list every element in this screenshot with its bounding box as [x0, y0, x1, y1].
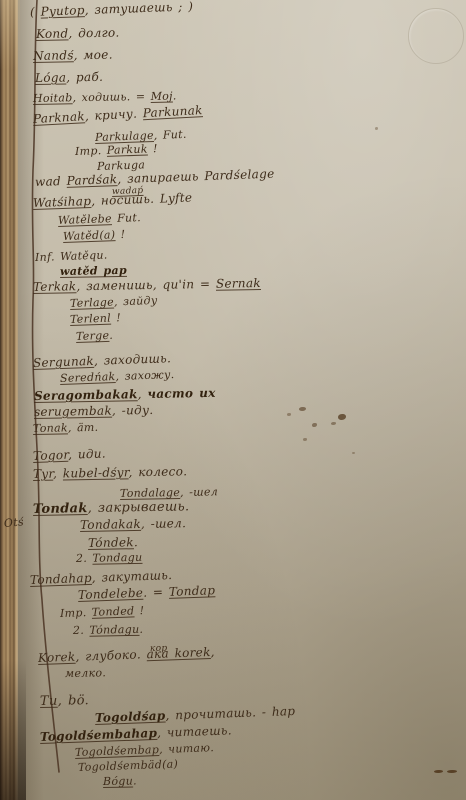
manuscript-line: Kond, долго. [36, 27, 120, 41]
manuscript-word: , иди. [68, 446, 106, 461]
manuscript-word: Tóndek [88, 535, 134, 550]
manuscript-word: мелко. [65, 666, 106, 680]
manuscript-word: Tu [40, 694, 58, 709]
manuscript-word: Parkuk [107, 142, 148, 156]
manuscript-word: Togor [33, 448, 69, 463]
manuscript-word: , глубоко. [75, 647, 147, 663]
manuscript-line: Terge. [76, 330, 113, 343]
manuscript-word: Seredńak [60, 370, 116, 385]
manuscript-word: , bö. [58, 693, 90, 709]
manuscript-word: , колесо. [128, 464, 187, 479]
manuscript-word: ! [147, 142, 157, 155]
manuscript-text-layer: ( Pyutop, затушаешь ; )Kond, долго.Nandś… [0, 0, 466, 800]
manuscript-page: ( Pyutop, затушаешь ; )Kond, долго.Nandś… [0, 0, 466, 800]
manuscript-word: Parknak [33, 109, 86, 126]
manuscript-word: , мое. [74, 48, 113, 63]
manuscript-word: , прочиташь. - hap [165, 704, 295, 723]
manuscript-word: , читаешь. [157, 723, 232, 740]
manuscript-word: Sernak [216, 276, 261, 291]
manuscript-line: Watśihap, носишь. Lyfte [33, 191, 193, 209]
manuscript-line: мелко. [65, 667, 106, 679]
manuscript-line: serugembak, -иду. [34, 404, 154, 419]
manuscript-word: Togoldśembäd(a) [78, 758, 179, 774]
manuscript-word: Tondalage [120, 486, 180, 500]
manuscript-line: Terlenl ! [70, 312, 121, 325]
manuscript-word: , Fut. [154, 128, 187, 142]
manuscript-word: , -шел. [141, 516, 186, 531]
manuscript-word: , ходишь. = [72, 90, 150, 104]
manuscript-word: Tondahap [30, 571, 92, 587]
manuscript-line: Togoldśap, прочиташь. - hap [95, 705, 296, 725]
manuscript-word: Tondelebe [78, 586, 144, 602]
manuscript-word: . [173, 89, 177, 102]
manuscript-word: Nandś [33, 48, 74, 63]
manuscript-word: ака korek [146, 645, 211, 661]
manuscript-line: wad Pardśak, запираешь Pardśelage [35, 168, 275, 189]
manuscript-word: Pardśak [66, 172, 117, 188]
manuscript-word: Moj [151, 90, 173, 103]
manuscript-word: , долго. [68, 26, 119, 41]
manuscript-word: , носишь. Lyfte [91, 190, 193, 208]
manuscript-word: Togoldśap [95, 709, 166, 725]
manuscript-word: , -иду. [112, 403, 154, 418]
manuscript-word: Tondagu [92, 551, 142, 565]
manuscript-word: , [53, 466, 63, 480]
manuscript-word: Watělebe [58, 212, 112, 227]
manuscript-word: , заходишь. [94, 351, 172, 368]
manuscript-word: Fut. [112, 211, 142, 225]
manuscript-word: kubel-dśyr [63, 465, 129, 480]
manuscript-line: 2. Tondagu [76, 552, 143, 565]
manuscript-word: . [133, 774, 137, 787]
manuscript-word: Watěd(a) [63, 228, 116, 243]
manuscript-line: Togor, иди. [33, 447, 106, 462]
manuscript-word: ! [115, 228, 125, 241]
manuscript-word: , захожу. [115, 368, 174, 383]
manuscript-line: Imp. Parkuk ! [75, 143, 158, 157]
manuscript-word: . = [143, 585, 169, 600]
manuscript-line: Watělebe Fut. [58, 212, 141, 226]
manuscript-word: Terkak [33, 279, 77, 294]
manuscript-word: Togoldśembahap [40, 726, 158, 744]
manuscript-word: Hoitab [33, 91, 73, 105]
manuscript-line: ( Pyutop, затушаешь ; ) [30, 0, 194, 18]
manuscript-word: Tondak [33, 501, 88, 517]
manuscript-word: Imp. [75, 144, 107, 158]
manuscript-word: wad [35, 174, 67, 189]
manuscript-word: Parkunak [142, 103, 203, 120]
manuscript-word: , [210, 645, 215, 659]
manuscript-word: Bógu [103, 774, 133, 788]
manuscript-word: Otś [3, 515, 24, 530]
manuscript-line: Parknak, кричу. Parkunak [33, 104, 203, 125]
manuscript-word: Terlage [70, 295, 114, 310]
manuscript-line: Otś [3, 516, 24, 529]
manuscript-line: Terlage, зайду [70, 295, 158, 310]
manuscript-line: Tondalage, -шел [120, 486, 218, 499]
manuscript-word: , äm. [68, 421, 99, 435]
manuscript-word: часто их [147, 386, 216, 401]
manuscript-word: Sergunak [33, 354, 94, 370]
manuscript-line: Tyr, kubel-dśyr, колесо. [33, 465, 187, 480]
manuscript-line: Bógu. [103, 775, 137, 787]
manuscript-word: , заменишь, qu'in = [76, 277, 216, 293]
manuscript-word: , читаю. [159, 741, 214, 756]
manuscript-word: Lóga [35, 70, 66, 85]
manuscript-line: Togoldśembäd(a) [78, 759, 179, 774]
manuscript-word: Tonded [92, 604, 135, 618]
manuscript-word: ! [111, 311, 121, 324]
manuscript-line: Korek, глубоко. ака korek, [38, 646, 215, 665]
manuscript-word: Inf. Watěqu. [35, 248, 108, 264]
manuscript-line: Lóga, раб. [35, 71, 103, 85]
manuscript-line: Tondelebe. = Tondap [78, 584, 216, 601]
manuscript-word: Pardśelage [204, 167, 275, 183]
manuscript-line: Nandś, мое. [33, 49, 113, 63]
manuscript-line: Hoitab, ходишь. = Moj. [33, 90, 177, 104]
manuscript-word: Tonak [33, 421, 68, 435]
manuscript-line: Tondak, закрываешь. [33, 500, 190, 516]
manuscript-word: , запираешь [117, 169, 204, 186]
manuscript-word: . [139, 623, 143, 636]
manuscript-word: ( [30, 5, 41, 19]
manuscript-word: Pyutop [40, 3, 85, 19]
manuscript-word: , закуташь. [92, 568, 173, 585]
manuscript-line: Terkak, заменишь, qu'in = Sernak [33, 277, 261, 294]
manuscript-line: Togoldśembap, читаю. [75, 742, 214, 758]
manuscript-line: Watěd(a) ! [63, 229, 126, 243]
manuscript-word: Terlenl [70, 312, 111, 326]
manuscript-word: , раб. [66, 70, 103, 85]
manuscript-word: Seragombakak [34, 387, 138, 403]
manuscript-word: , зайду [114, 294, 158, 309]
manuscript-line: Seredńak, захожу. [60, 369, 175, 385]
manuscript-line: Tu, bö. [40, 694, 89, 708]
manuscript-word: 2. [76, 552, 93, 565]
manuscript-word: ! [134, 604, 144, 617]
manuscript-line: Parkulage, Fut. [95, 129, 187, 144]
manuscript-word: , -шел [180, 485, 218, 499]
manuscript-line: Tondakak, -шел. [80, 517, 186, 531]
manuscript-word: Imp. [60, 606, 92, 620]
manuscript-word: Terge [76, 329, 110, 343]
manuscript-line: Sergunak, заходишь. [33, 352, 172, 369]
manuscript-word: Tóndagu [89, 623, 139, 637]
manuscript-word: watěd pap [60, 264, 127, 278]
manuscript-word: . [109, 329, 113, 342]
manuscript-line: Tondahap, закуташь. [30, 569, 173, 587]
manuscript-word: Korek [38, 650, 76, 665]
manuscript-line: Inf. Watěqu. [35, 249, 108, 263]
manuscript-line: Tonak, äm. [33, 422, 99, 435]
manuscript-line: Seragombakak, часто их [34, 387, 216, 403]
manuscript-word: Tondap [169, 583, 216, 599]
manuscript-word: Watśihap [33, 194, 92, 210]
manuscript-line: Imp. Tonded ! [60, 605, 145, 619]
manuscript-word: Tondakak [80, 517, 141, 532]
manuscript-word: . [134, 535, 138, 549]
manuscript-word: 2. [73, 624, 90, 637]
manuscript-word: serugembak [34, 404, 112, 419]
manuscript-word: Kond [36, 26, 69, 41]
manuscript-word: , закрываешь. [87, 499, 189, 516]
manuscript-line: 2. Tóndagu. [73, 624, 143, 637]
manuscript-line: Tóndek. [88, 536, 138, 549]
manuscript-word: Togoldśembap [75, 743, 160, 759]
manuscript-word: Tyr [33, 467, 53, 481]
manuscript-line: watěd pap [60, 265, 127, 278]
manuscript-word: , затушаешь ; ) [84, 0, 193, 17]
manuscript-word: , кричу. [85, 106, 144, 123]
